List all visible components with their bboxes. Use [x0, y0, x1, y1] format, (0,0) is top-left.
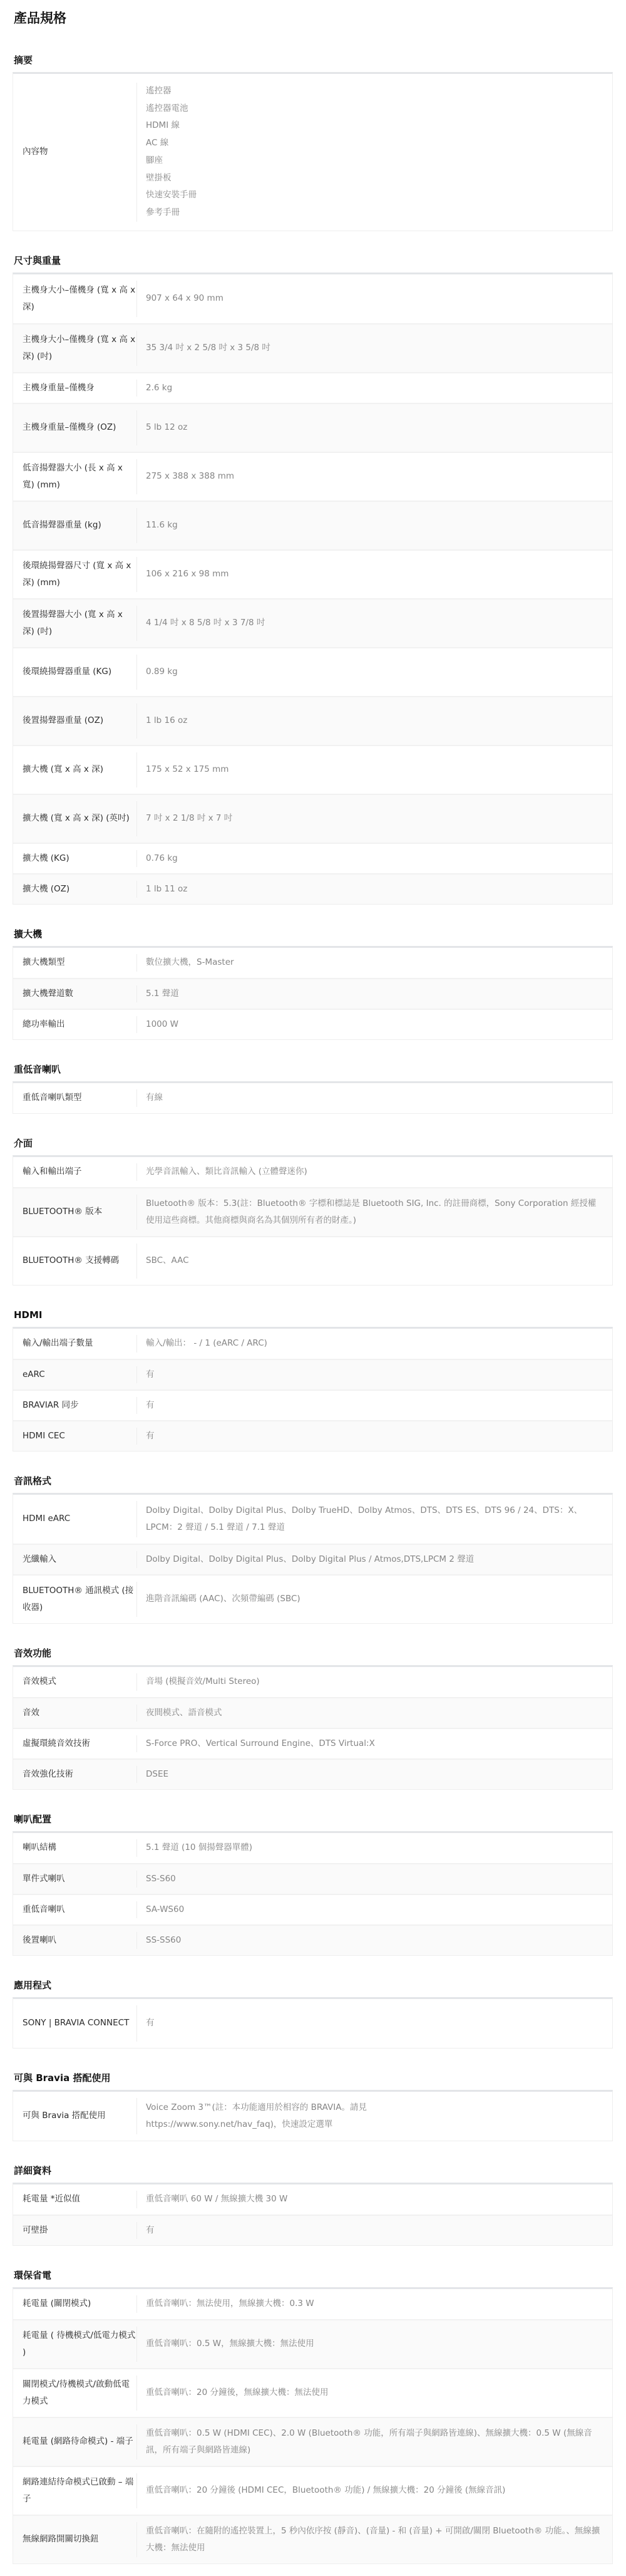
table-row: 擴大機 (寬 x 高 x 深)175 x 52 x 175 mm [13, 745, 612, 794]
spec-label: 音效 [13, 1698, 136, 1728]
table-row: 擴大機類型數位擴大機，S-Master [13, 948, 612, 978]
spec-page: 產品規格 摘要 內容物 遙控器 遙控器電池 HDMI 線 AC 線 腳座 壁掛板… [0, 0, 626, 2573]
spec-table: HDMI eARCDolby Digital、Dolby Digital Plu… [13, 1493, 613, 1624]
section-title: 應用程式 [13, 1979, 613, 1992]
table-row: BRAVIAR 同步有 [13, 1389, 612, 1420]
spec-value: 175 x 52 x 175 mm [146, 761, 228, 778]
section-title: 尺寸與重量 [13, 254, 613, 267]
list-item: 遙控器電池 [146, 100, 197, 118]
page-title: 產品規格 [13, 0, 613, 28]
spec-value: 5 lb 12 oz [146, 419, 187, 436]
spec-table: 喇叭結構5.1 聲道 (10 個揚聲器單體) 單件式喇叭SS-S60 重低音喇叭… [13, 1831, 613, 1956]
spec-value: 進階音訊編碼 (AAC)、次頻帶編碼 (SBC) [146, 1591, 300, 1607]
spec-value: Dolby Digital、Dolby Digital Plus、Dolby T… [146, 1502, 603, 1536]
table-row: 耗電量 *近似值重低音喇叭 60 W / 無線擴大機 30 W [13, 2184, 612, 2215]
spec-value: 35 3/4 吋 x 2 5/8 吋 x 3 5/8 吋 [146, 340, 270, 356]
spec-value: 2.6 kg [146, 380, 172, 397]
section-dimensions-weight: 尺寸與重量 主機身大小–僅機身 (寬 x 高 x 深)907 x 64 x 90… [13, 254, 613, 905]
spec-value: 7 吋 x 2 1/8 吋 x 7 吋 [146, 810, 232, 827]
spec-label: 擴大機 (寬 x 高 x 深) [13, 755, 136, 784]
table-row: 擴大機 (寬 x 高 x 深) (英吋)7 吋 x 2 1/8 吋 x 7 吋 [13, 794, 612, 843]
table-row: 低音揚聲器大小 (長 x 高 x 寬) (mm)275 x 388 x 388 … [13, 452, 612, 501]
spec-label: 輸入和輸出端子 [13, 1157, 136, 1187]
table-row: 可壁掛有 [13, 2215, 612, 2245]
spec-label: 耗電量 (網路待命模式) - 端子 [13, 2427, 136, 2456]
table-row: 音效強化技術DSEE [13, 1758, 612, 1789]
spec-table: 內容物 遙控器 遙控器電池 HDMI 線 AC 線 腳座 壁掛板 快速安裝手冊 … [13, 72, 613, 231]
spec-value: 重低音喇叭：20 分鐘後，無線擴大機：無法使用 [146, 2384, 328, 2401]
spec-value: 11.6 kg [146, 517, 178, 534]
spec-table: 重低音喇叭類型有線 [13, 1081, 613, 1114]
table-row: 重低音喇叭類型有線 [13, 1083, 612, 1113]
spec-table: 可與 Bravia 搭配使用Voice Zoom 3™(註：本功能適用於相容的 … [13, 2090, 613, 2141]
table-row: 喇叭結構5.1 聲道 (10 個揚聲器單體) [13, 1833, 612, 1863]
table-row: HDMI eARCDolby Digital、Dolby Digital Plu… [13, 1495, 612, 1544]
spec-value: 1000 W [146, 1016, 178, 1033]
table-row: 音效模式音場 (模擬音效/Multi Stereo) [13, 1667, 612, 1697]
section-subwoofer: 重低音喇叭 重低音喇叭類型有線 [13, 1063, 613, 1114]
spec-table: 耗電量 *近似值重低音喇叭 60 W / 無線擴大機 30 W 可壁掛有 [13, 2183, 613, 2246]
spec-table: 耗電量 (關閉模式)重低音喇叭：無法使用，無線擴大機：0.3 W 耗電量 ( 待… [13, 2287, 613, 2564]
spec-value: 輸入/輸出： - / 1 (eARC / ARC) [146, 1335, 267, 1352]
section-title: 環保省電 [13, 2269, 613, 2282]
section-hdmi: HDMI 輸入/輸出端子數量輸入/輸出： - / 1 (eARC / ARC) … [13, 1309, 613, 1452]
spec-label: 虛擬環繞音效技術 [13, 1729, 136, 1758]
table-row: 網路連結待命模式已啟動 – 端子重低音喇叭：20 分鐘後 (HDMI CEC，B… [13, 2466, 612, 2515]
spec-label: 總功率輸出 [13, 1010, 136, 1039]
table-row: 總功率輸出1000 W [13, 1009, 612, 1039]
table-row: 光纖輸入Dolby Digital、Dolby Digital Plus、Dol… [13, 1544, 612, 1574]
spec-value: 907 x 64 x 90 mm [146, 290, 223, 307]
table-row: HDMI CEC有 [13, 1420, 612, 1451]
spec-label: BLUETOOTH® 版本 [13, 1197, 136, 1227]
spec-label: 主機身大小–僅機身 (寬 x 高 x 深) [13, 276, 136, 322]
spec-label: 擴大機 (寬 x 高 x 深) (英吋) [13, 804, 136, 833]
spec-label: 後置喇叭 [13, 1926, 136, 1955]
table-row: 虛擬環繞音效技術S-Force PRO、Vertical Surround En… [13, 1728, 612, 1758]
spec-label: 後置揚聲器重量 (OZ) [13, 706, 136, 735]
spec-value: 0.76 kg [146, 850, 178, 867]
spec-value: 重低音喇叭 60 W / 無線擴大機 30 W [146, 2191, 287, 2208]
table-row: 可與 Bravia 搭配使用Voice Zoom 3™(註：本功能適用於相容的 … [13, 2092, 612, 2141]
spec-label: HDMI CEC [13, 1421, 136, 1451]
spec-value: 4 1/4 吋 x 8 5/8 吋 x 3 7/8 吋 [146, 615, 265, 631]
spec-label: 網路連結待命模式已啟動 – 端子 [13, 2468, 136, 2514]
spec-label: 主機身重量–僅機身 [13, 373, 136, 403]
spec-label: 關閉模式/待機模式/啟動低電力模式 [13, 2370, 136, 2416]
section-details: 詳細資料 耗電量 *近似值重低音喇叭 60 W / 無線擴大機 30 W 可壁掛… [13, 2164, 613, 2246]
table-row: 單件式喇叭SS-S60 [13, 1863, 612, 1894]
table-row: 主機身重量–僅機身2.6 kg [13, 372, 612, 403]
table-row: 後環繞揚聲器尺寸 (寬 x 高 x 深) (mm)106 x 216 x 98 … [13, 549, 612, 598]
spec-label: BLUETOOTH® 支援轉碼 [13, 1246, 136, 1275]
spec-table: 主機身大小–僅機身 (寬 x 高 x 深)907 x 64 x 90 mm 主機… [13, 273, 613, 905]
table-row: 音效夜間模式、語音模式 [13, 1697, 612, 1728]
table-row: 耗電量 ( 待機模式/低電力模式 )重低音喇叭：0.5 W，無線擴大機：無法使用 [13, 2319, 612, 2368]
list-item: 參考手冊 [146, 204, 197, 222]
spec-value: Voice Zoom 3™(註：本功能適用於相容的 BRAVIA。請見 http… [146, 2099, 446, 2133]
spec-label: 耗電量 ( 待機模式/低電力模式 ) [13, 2321, 136, 2367]
spec-value: Bluetooth® 版本：5.3(註：Bluetooth® 字標和標誌是 Bl… [146, 1195, 603, 1229]
spec-label: 音效模式 [13, 1667, 136, 1696]
spec-label: eARC [13, 1360, 136, 1389]
table-row: 後置揚聲器大小 (寬 x 高 x 深) (吋)4 1/4 吋 x 8 5/8 吋… [13, 598, 612, 647]
section-title: 音訊格式 [13, 1475, 613, 1487]
table-row: 輸入和輸出端子光學音訊輸入、類比音訊輸入 (立體聲迷你) [13, 1157, 612, 1187]
table-row: 主機身大小–僅機身 (寬 x 高 x 深) (吋)35 3/4 吋 x 2 5/… [13, 323, 612, 372]
spec-label: 輸入/輸出端子數量 [13, 1329, 136, 1358]
spec-label: 單件式喇叭 [13, 1864, 136, 1894]
spec-table: 擴大機類型數位擴大機，S-Master 擴大機聲道數5.1 聲道 總功率輸出10… [13, 946, 613, 1040]
spec-table: 輸入/輸出端子數量輸入/輸出： - / 1 (eARC / ARC) eARC有… [13, 1327, 613, 1452]
spec-value: 5.1 聲道 [146, 985, 179, 1002]
spec-label: 無線網路開關切換鈕 [13, 2525, 136, 2554]
spec-value: 有 [146, 1428, 155, 1445]
table-row: 低音揚聲器重量 (kg)11.6 kg [13, 501, 612, 549]
spec-value: DSEE [146, 1766, 168, 1783]
table-row: 擴大機 (OZ)1 lb 11 oz [13, 873, 612, 904]
spec-label: 擴大機類型 [13, 948, 136, 977]
spec-label: BLUETOOTH® 通訊模式 (接收器) [13, 1576, 136, 1623]
section-title: 擴大機 [13, 928, 613, 940]
section-title: 詳細資料 [13, 2164, 613, 2177]
list-item: 壁掛板 [146, 170, 197, 187]
section-title: 介面 [13, 1137, 613, 1150]
section-title: HDMI [13, 1309, 613, 1321]
spec-label: 主機身大小–僅機身 (寬 x 高 x 深) (吋) [13, 325, 136, 371]
section-apps: 應用程式 SONY | BRAVIA CONNECT有 [13, 1979, 613, 2049]
table-row: 關閉模式/待機模式/啟動低電力模式重低音喇叭：20 分鐘後，無線擴大機：無法使用 [13, 2368, 612, 2417]
spec-label: 主機身重量–僅機身 (OZ) [13, 413, 136, 442]
spec-label: 重低音喇叭類型 [13, 1083, 136, 1113]
section-summary: 摘要 內容物 遙控器 遙控器電池 HDMI 線 AC 線 腳座 壁掛板 快速安裝… [13, 54, 613, 231]
section-title: 喇叭配置 [13, 1813, 613, 1826]
spec-value: 重低音喇叭：20 分鐘後 (HDMI CEC，Bluetooth® 功能) / … [146, 2482, 505, 2499]
list-item: 腳座 [146, 152, 197, 170]
spec-label: 耗電量 (關閉模式) [13, 2289, 136, 2319]
table-row: 內容物 遙控器 遙控器電池 HDMI 線 AC 線 腳座 壁掛板 快速安裝手冊 … [13, 74, 612, 231]
section-amplifier: 擴大機 擴大機類型數位擴大機，S-Master 擴大機聲道數5.1 聲道 總功率… [13, 928, 613, 1040]
table-row: 後置揚聲器重量 (OZ)1 lb 16 oz [13, 696, 612, 745]
table-row: eARC有 [13, 1359, 612, 1389]
spec-value: 重低音喇叭：在隨附的遙控裝置上，5 秒內依序按 (靜音)、(音量) - 和 (音… [146, 2523, 603, 2557]
section-title: 可與 Bravia 搭配使用 [13, 2072, 613, 2084]
spec-value: 重低音喇叭：無法使用，無線擴大機：0.3 W [146, 2295, 314, 2312]
list-item: HDMI 線 [146, 117, 197, 135]
spec-label: 喇叭結構 [13, 1833, 136, 1862]
spec-table: 輸入和輸出端子光學音訊輸入、類比音訊輸入 (立體聲迷你) BLUETOOTH® … [13, 1155, 613, 1285]
section-eco: 環保省電 耗電量 (關閉模式)重低音喇叭：無法使用，無線擴大機：0.3 W 耗電… [13, 2269, 613, 2564]
spec-value: 有 [146, 2222, 155, 2239]
list-item: AC 線 [146, 135, 197, 152]
spec-value: 光學音訊輸入、類比音訊輸入 (立體聲迷你) [146, 1163, 307, 1180]
spec-label: 後置揚聲器大小 (寬 x 高 x 深) (吋) [13, 600, 136, 647]
spec-label: BRAVIAR 同步 [13, 1391, 136, 1420]
spec-label: 後環繞揚聲器尺寸 (寬 x 高 x 深) (mm) [13, 551, 136, 598]
spec-label: 光纖輸入 [13, 1545, 136, 1574]
table-row: 擴大機 (KG)0.76 kg [13, 843, 612, 873]
table-row: 主機身大小–僅機身 (寬 x 高 x 深)907 x 64 x 90 mm [13, 274, 612, 323]
table-row: BLUETOOTH® 通訊模式 (接收器)進階音訊編碼 (AAC)、次頻帶編碼 … [13, 1574, 612, 1623]
spec-label: 重低音喇叭 [13, 1895, 136, 1924]
section-sound-features: 音效功能 音效模式音場 (模擬音效/Multi Stereo) 音效夜間模式、語… [13, 1647, 613, 1790]
spec-label: SONY | BRAVIA CONNECT [13, 2008, 136, 2038]
spec-value: Dolby Digital、Dolby Digital Plus、Dolby D… [146, 1551, 474, 1568]
spec-label: 低音揚聲器重量 (kg) [13, 511, 136, 540]
spec-value: 重低音喇叭：0.5 W (HDMI CEC)、2.0 W (Bluetooth®… [146, 2425, 603, 2459]
spec-value: 1 lb 16 oz [146, 712, 187, 729]
spec-label: 後環繞揚聲器重量 (KG) [13, 657, 136, 687]
spec-value: 1 lb 11 oz [146, 881, 187, 898]
spec-value: 有線 [146, 1089, 163, 1106]
table-row: 後置喇叭SS-SS60 [13, 1924, 612, 1955]
spec-value: SA-WS60 [146, 1901, 184, 1918]
spec-value: 0.89 kg [146, 663, 178, 680]
section-title: 摘要 [13, 54, 613, 66]
spec-label: 可與 Bravia 搭配使用 [13, 2101, 136, 2131]
table-row: 重低音喇叭SA-WS60 [13, 1894, 612, 1924]
spec-value: 音場 (模擬音效/Multi Stereo) [146, 1673, 260, 1690]
spec-value: S-Force PRO、Vertical Surround Engine、DTS… [146, 1735, 375, 1752]
spec-value: 5.1 聲道 (10 個揚聲器單體) [146, 1839, 252, 1856]
spec-label: 擴大機 (KG) [13, 844, 136, 873]
spec-label: 可壁掛 [13, 2216, 136, 2245]
table-row: 輸入/輸出端子數量輸入/輸出： - / 1 (eARC / ARC) [13, 1329, 612, 1359]
spec-value: 275 x 388 x 388 mm [146, 468, 234, 485]
spec-value: 有 [146, 1397, 155, 1414]
table-row: 耗電量 (關閉模式)重低音喇叭：無法使用，無線擴大機：0.3 W [13, 2289, 612, 2319]
spec-label: 擴大機 (OZ) [13, 875, 136, 904]
spec-label: HDMI eARC [13, 1504, 136, 1534]
table-row: SONY | BRAVIA CONNECT有 [13, 1999, 612, 2048]
spec-value: 夜間模式、語音模式 [146, 1705, 222, 1722]
spec-value-list: 遙控器 遙控器電池 HDMI 線 AC 線 腳座 壁掛板 快速安裝手冊 參考手冊 [146, 83, 197, 222]
table-row: 耗電量 (網路待命模式) - 端子重低音喇叭：0.5 W (HDMI CEC)、… [13, 2417, 612, 2466]
list-item: 遙控器 [146, 83, 197, 100]
section-audio-formats: 音訊格式 HDMI eARCDolby Digital、Dolby Digita… [13, 1475, 613, 1624]
section-title: 音效功能 [13, 1647, 613, 1659]
section-bravia-compat: 可與 Bravia 搭配使用 可與 Bravia 搭配使用Voice Zoom … [13, 2072, 613, 2141]
spec-value: SBC、AAC [146, 1252, 189, 1269]
spec-value: 有 [146, 1366, 155, 1383]
table-row: BLUETOOTH® 版本Bluetooth® 版本：5.3(註：Bluetoo… [13, 1187, 612, 1236]
section-title: 重低音喇叭 [13, 1063, 613, 1076]
spec-label: 擴大機聲道數 [13, 979, 136, 1009]
spec-value: SS-S60 [146, 1871, 176, 1888]
spec-label: 內容物 [13, 137, 136, 167]
list-item: 快速安裝手冊 [146, 187, 197, 204]
spec-value: SS-SS60 [146, 1932, 181, 1949]
table-row: 擴大機聲道數5.1 聲道 [13, 978, 612, 1009]
table-row: 後環繞揚聲器重量 (KG)0.89 kg [13, 647, 612, 696]
spec-value: 重低音喇叭：0.5 W，無線擴大機：無法使用 [146, 2335, 314, 2352]
spec-table: SONY | BRAVIA CONNECT有 [13, 1997, 613, 2049]
spec-table: 音效模式音場 (模擬音效/Multi Stereo) 音效夜間模式、語音模式 虛… [13, 1665, 613, 1790]
table-row: 主機身重量–僅機身 (OZ)5 lb 12 oz [13, 403, 612, 452]
section-interface: 介面 輸入和輸出端子光學音訊輸入、類比音訊輸入 (立體聲迷你) BLUETOOT… [13, 1137, 613, 1285]
spec-label: 音效強化技術 [13, 1760, 136, 1789]
spec-value: 數位擴大機，S-Master [146, 954, 234, 971]
spec-value: 106 x 216 x 98 mm [146, 566, 228, 583]
table-row: BLUETOOTH® 支援轉碼SBC、AAC [13, 1236, 612, 1285]
spec-label: 耗電量 *近似值 [13, 2184, 136, 2214]
spec-label: 低音揚聲器大小 (長 x 高 x 寬) (mm) [13, 454, 136, 500]
spec-value: 有 [146, 2015, 155, 2032]
table-row: 無線網路開關切換鈕重低音喇叭：在隨附的遙控裝置上，5 秒內依序按 (靜音)、(音… [13, 2515, 612, 2563]
section-speaker-config: 喇叭配置 喇叭結構5.1 聲道 (10 個揚聲器單體) 單件式喇叭SS-S60 … [13, 1813, 613, 1956]
